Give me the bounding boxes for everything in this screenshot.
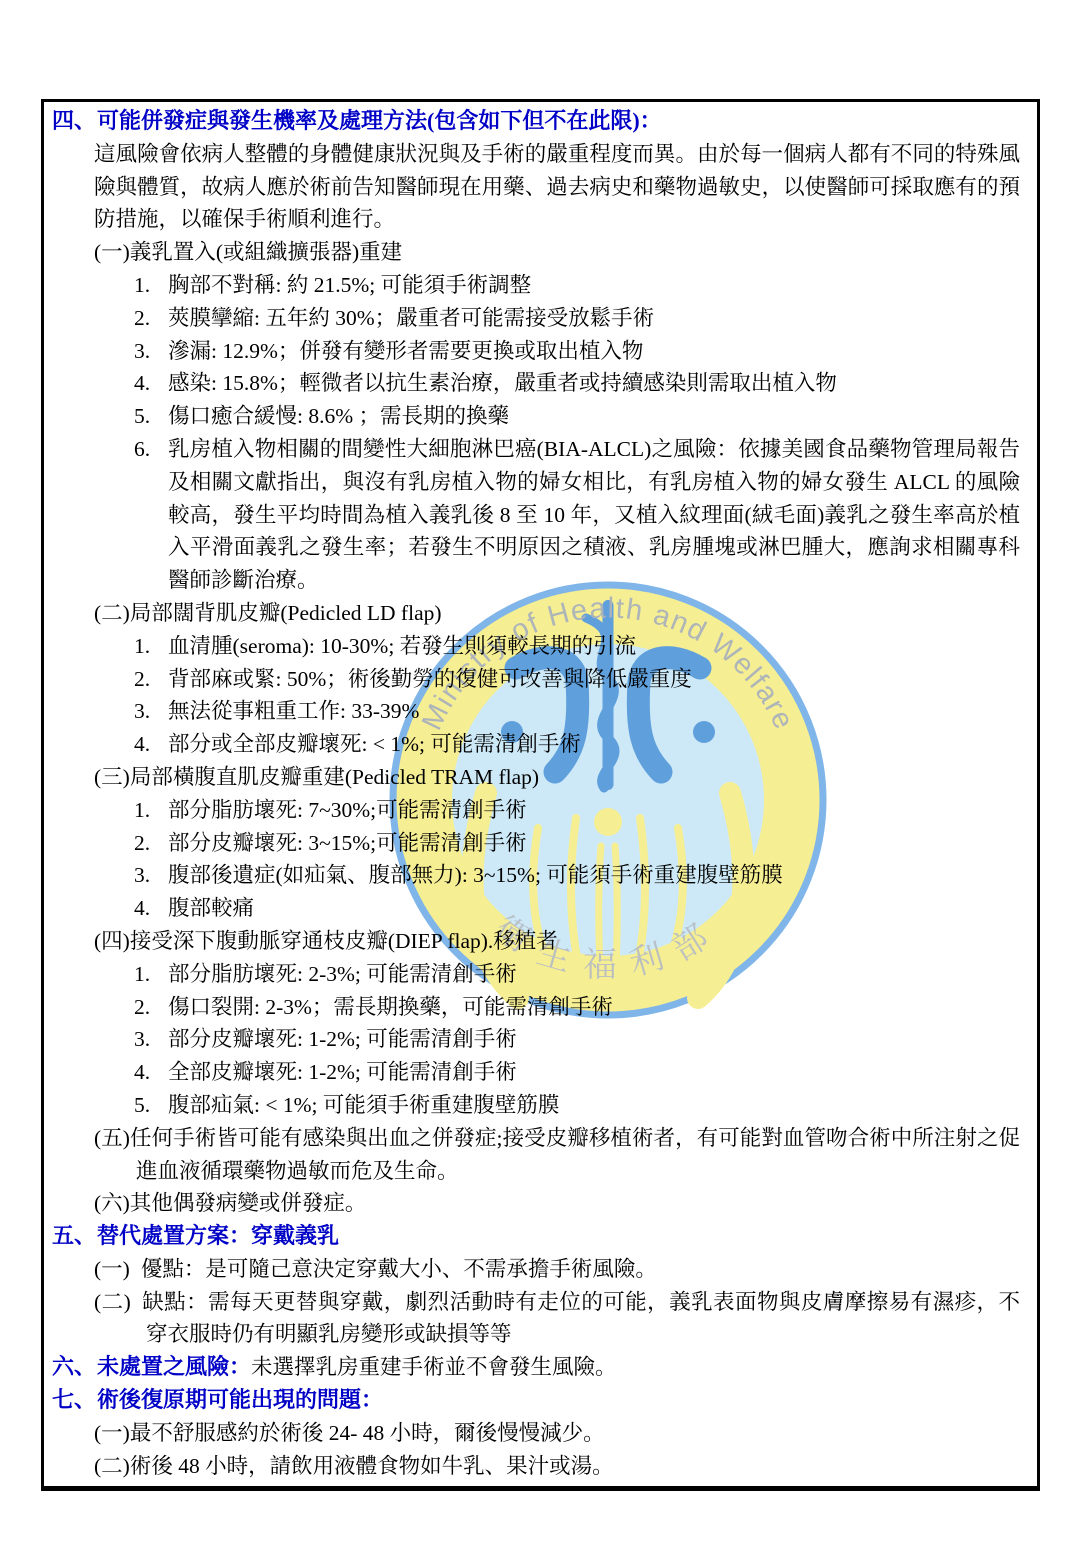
section-4-marker: 四、 bbox=[52, 105, 97, 138]
item-number: 4. bbox=[134, 728, 168, 761]
item-number: 4. bbox=[134, 1056, 168, 1089]
section-4-intro: 這風險會依病人整體的身體健康狀況與及手術的嚴重程度而異。由於每一個病人都有不同的… bbox=[94, 138, 1020, 236]
item-text: 最不舒服感約於術後 24- 48 小時，爾後慢慢減少。 bbox=[130, 1421, 605, 1445]
item-text: 滲漏: 12.9%；併發有變形者需要更換或取出植入物 bbox=[168, 335, 1020, 368]
list-item: 2.背部麻或緊: 50%；術後勤勞的復健可改善與降低嚴重度 bbox=[134, 663, 1020, 696]
list-item: 4.部分或全部皮瓣壞死: < 1%; 可能需清創手術 bbox=[134, 728, 1020, 761]
item-text: 全部皮瓣壞死: 1-2%; 可能需清創手術 bbox=[168, 1056, 1020, 1089]
subsection-1-title: 義乳置入(或組織擴張器)重建 bbox=[130, 240, 402, 264]
section-7-marker: 七、 bbox=[52, 1384, 97, 1417]
item-text: 優點：是可隨己意決定穿戴大小、不需承擔手術風險。 bbox=[141, 1257, 657, 1281]
section-4-title: 可能併發症與發生機率及處理方法(包含如下但不在此限)： bbox=[97, 108, 662, 133]
subsection-1-heading: (一)義乳置入(或組織擴張器)重建 bbox=[94, 236, 1020, 269]
item-text: 感染: 15.8%；輕微者以抗生素治療，嚴重者或持續感染則需取出植入物 bbox=[168, 367, 1020, 400]
list-item: 4.腹部較痛 bbox=[134, 892, 1020, 925]
item-text: 傷口裂開: 2-3%；需長期換藥，可能需清創手術 bbox=[168, 991, 1020, 1024]
item-text: 部分皮瓣壞死: 3~15%;可能需清創手術 bbox=[168, 827, 1020, 860]
item-text: 部分脂肪壞死: 7~30%;可能需清創手術 bbox=[168, 794, 1020, 827]
section-5-heading: 五、替代處置方案：穿戴義乳 bbox=[52, 1220, 1020, 1253]
item-number: 2. bbox=[134, 827, 168, 860]
list-item: 2.莢膜攣縮: 五年約 30%；嚴重者可能需接受放鬆手術 bbox=[134, 302, 1020, 335]
subsection-5-text: 任何手術皆可能有感染與出血之併發症;接受皮瓣移植術者，有可能對血管吻合術中所注射… bbox=[130, 1126, 1020, 1183]
item-text: 術後 48 小時，請飲用液體食物如牛乳、果汁或湯。 bbox=[130, 1454, 614, 1478]
subsection-2-title: 局部闊背肌皮瓣(Pedicled LD flap) bbox=[130, 601, 442, 625]
subsection-4-heading: (四)接受深下腹動脈穿通枝皮瓣(DIEP flap).移植者 bbox=[94, 925, 1020, 958]
item-number: 1. bbox=[134, 269, 168, 302]
section-5-marker: 五、 bbox=[52, 1220, 97, 1253]
section-7-item: (一)最不舒服感約於術後 24- 48 小時，爾後慢慢減少。 bbox=[94, 1417, 1020, 1450]
list-item: 2.部分皮瓣壞死: 3~15%;可能需清創手術 bbox=[134, 827, 1020, 860]
list-item: 3.滲漏: 12.9%；併發有變形者需要更換或取出植入物 bbox=[134, 335, 1020, 368]
item-number: 2. bbox=[134, 663, 168, 696]
section-5-item: (二)缺點：需每天更替與穿戴，劇烈活動時有走位的可能，義乳表面物與皮膚摩擦易有濕… bbox=[94, 1286, 1020, 1352]
subsection-4-label: (四) bbox=[94, 929, 130, 953]
subsection-2-label: (二) bbox=[94, 601, 130, 625]
item-label: (二) bbox=[94, 1290, 131, 1314]
section-4-heading: 四、可能併發症與發生機率及處理方法(包含如下但不在此限)： bbox=[52, 105, 1020, 138]
subsection-6-label: (六) bbox=[94, 1191, 130, 1215]
subsection-5-paragraph: (五)任何手術皆可能有感染與出血之併發症;接受皮瓣移植術者，有可能對血管吻合術中… bbox=[94, 1122, 1020, 1188]
item-text: 腹部後遺症(如疝氣、腹部無力): 3~15%; 可能須手術重建腹壁筋膜 bbox=[168, 859, 1020, 892]
item-text: 傷口癒合緩慢: 8.6% ；需長期的換藥 bbox=[168, 400, 1020, 433]
subsection-1-label: (一) bbox=[94, 240, 130, 264]
list-item: 3.腹部後遺症(如疝氣、腹部無力): 3~15%; 可能須手術重建腹壁筋膜 bbox=[134, 859, 1020, 892]
item-number: 1. bbox=[134, 794, 168, 827]
subsection-6-text: 其他偶發病變或併發症。 bbox=[130, 1191, 367, 1215]
list-item: 5.腹部疝氣: < 1%; 可能須手術重建腹壁筋膜 bbox=[134, 1089, 1020, 1122]
item-text: 腹部較痛 bbox=[168, 892, 1020, 925]
item-label: (二) bbox=[94, 1454, 130, 1478]
section-6-heading: 六、未處置之風險：未選擇乳房重建手術並不會發生風險。 bbox=[52, 1351, 1020, 1384]
subsection-3-label: (三) bbox=[94, 765, 130, 789]
item-text: 缺點：需每天更替與穿戴，劇烈活動時有走位的可能，義乳表面物與皮膚摩擦易有濕疹，不… bbox=[142, 1290, 1020, 1347]
item-text: 部分脂肪壞死: 2-3%; 可能需清創手術 bbox=[168, 958, 1020, 991]
item-text: 背部麻或緊: 50%；術後勤勞的復健可改善與降低嚴重度 bbox=[168, 663, 1020, 696]
list-item: 1.部分脂肪壞死: 7~30%;可能需清創手術 bbox=[134, 794, 1020, 827]
item-text: 胸部不對稱: 約 21.5%; 可能須手術調整 bbox=[168, 269, 1020, 302]
list-item: 2.傷口裂開: 2-3%；需長期換藥，可能需清創手術 bbox=[134, 991, 1020, 1024]
list-item: 5.傷口癒合緩慢: 8.6% ；需長期的換藥 bbox=[134, 400, 1020, 433]
section-6-title: 未處置之風險： bbox=[97, 1354, 251, 1379]
item-label: (一) bbox=[94, 1421, 130, 1445]
subsection-4-title: 接受深下腹動脈穿通枝皮瓣(DIEP flap).移植者 bbox=[130, 929, 558, 953]
section-6-marker: 六、 bbox=[52, 1351, 97, 1384]
list-item: 1.胸部不對稱: 約 21.5%; 可能須手術調整 bbox=[134, 269, 1020, 302]
item-number: 3. bbox=[134, 695, 168, 728]
subsection-3-title: 局部橫腹直肌皮瓣重建(Pedicled TRAM flap) bbox=[130, 765, 539, 789]
list-item: 1.部分脂肪壞死: 2-3%; 可能需清創手術 bbox=[134, 958, 1020, 991]
list-item: 3.部分皮瓣壞死: 1-2%; 可能需清創手術 bbox=[134, 1023, 1020, 1056]
item-text: 腹部疝氣: < 1%; 可能須手術重建腹壁筋膜 bbox=[168, 1089, 1020, 1122]
item-number: 5. bbox=[134, 1089, 168, 1122]
item-text: 乳房植入物相關的間變性大細胞淋巴癌(BIA-ALCL)之風險：依據美國食品藥物管… bbox=[168, 433, 1020, 597]
section-6-text: 未選擇乳房重建手術並不會發生風險。 bbox=[251, 1355, 617, 1379]
subsection-5-label: (五) bbox=[94, 1126, 130, 1150]
section-7-heading: 七、術後復原期可能出現的問題： bbox=[52, 1384, 1020, 1417]
subsection-2-heading: (二)局部闊背肌皮瓣(Pedicled LD flap) bbox=[94, 597, 1020, 630]
subsection-6-paragraph: (六)其他偶發病變或併發症。 bbox=[94, 1187, 1020, 1220]
item-text: 血清腫(seroma): 10-30%; 若發生則須較長期的引流 bbox=[168, 630, 1020, 663]
section-5-title: 替代處置方案：穿戴義乳 bbox=[97, 1223, 339, 1248]
item-text: 部分或全部皮瓣壞死: < 1%; 可能需清創手術 bbox=[168, 728, 1020, 761]
section-7-item: (二)術後 48 小時，請飲用液體食物如牛乳、果汁或湯。 bbox=[94, 1450, 1020, 1483]
item-text: 莢膜攣縮: 五年約 30%；嚴重者可能需接受放鬆手術 bbox=[168, 302, 1020, 335]
list-item: 4.感染: 15.8%；輕微者以抗生素治療，嚴重者或持續感染則需取出植入物 bbox=[134, 367, 1020, 400]
item-number: 4. bbox=[134, 367, 168, 400]
list-item: 3.無法從事粗重工作: 33-39% bbox=[134, 695, 1020, 728]
item-number: 2. bbox=[134, 991, 168, 1024]
item-number: 3. bbox=[134, 859, 168, 892]
document-content: 四、可能併發症與發生機率及處理方法(包含如下但不在此限)： 這風險會依病人整體的… bbox=[44, 102, 1037, 1482]
item-text: 部分皮瓣壞死: 1-2%; 可能需清創手術 bbox=[168, 1023, 1020, 1056]
section-7-title: 術後復原期可能出現的問題： bbox=[97, 1387, 383, 1412]
item-text: 無法從事粗重工作: 33-39% bbox=[168, 695, 1020, 728]
item-number: 3. bbox=[134, 335, 168, 368]
subsection-3-heading: (三)局部橫腹直肌皮瓣重建(Pedicled TRAM flap) bbox=[94, 761, 1020, 794]
item-number: 4. bbox=[134, 892, 168, 925]
item-number: 1. bbox=[134, 958, 168, 991]
consent-document-box: 四、可能併發症與發生機率及處理方法(包含如下但不在此限)： 這風險會依病人整體的… bbox=[41, 99, 1040, 1491]
item-label: (一) bbox=[94, 1257, 130, 1281]
item-number: 5. bbox=[134, 400, 168, 433]
item-number: 1. bbox=[134, 630, 168, 663]
item-number: 2. bbox=[134, 302, 168, 335]
list-item: 4.全部皮瓣壞死: 1-2%; 可能需清創手術 bbox=[134, 1056, 1020, 1089]
list-item: 6.乳房植入物相關的間變性大細胞淋巴癌(BIA-ALCL)之風險：依據美國食品藥… bbox=[134, 433, 1020, 597]
section-5-item: (一)優點：是可隨己意決定穿戴大小、不需承擔手術風險。 bbox=[94, 1253, 1020, 1286]
item-number: 6. bbox=[134, 433, 168, 597]
list-item: 1.血清腫(seroma): 10-30%; 若發生則須較長期的引流 bbox=[134, 630, 1020, 663]
item-number: 3. bbox=[134, 1023, 168, 1056]
